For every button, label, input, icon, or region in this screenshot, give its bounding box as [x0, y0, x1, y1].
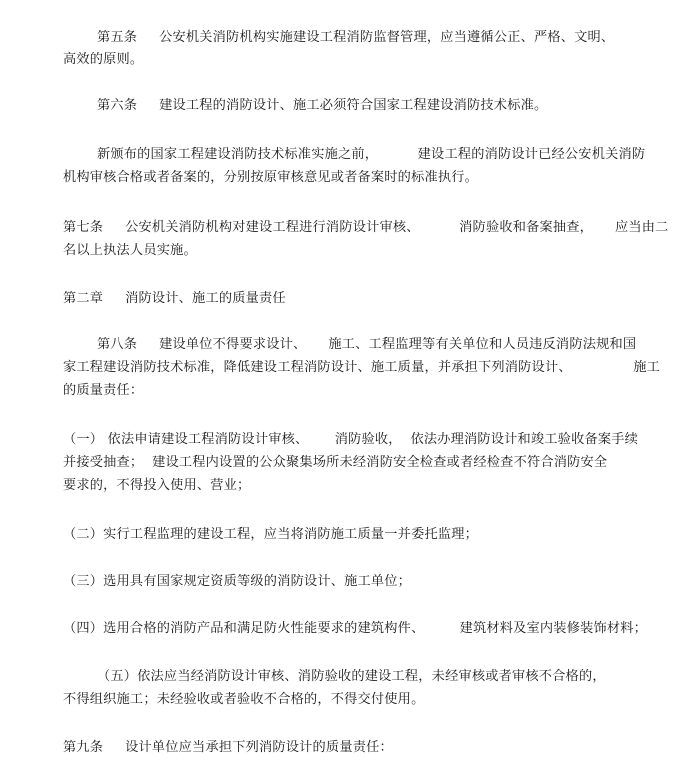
article-6-para-2-line-1: 新颁布的国家工程建设消防技术标准实施之前， 建设工程的消防设计已经公安机关消防 [97, 146, 645, 164]
item-3-line: （三）选用具有国家规定资质等级的消防设计、施工单位； [63, 573, 411, 591]
article-5-line-2: 高效的原则。 [63, 51, 143, 69]
item-4-line: （四）选用合格的消防产品和满足防火性能要求的建筑构件、 建筑材料及室内装修装饰材… [63, 620, 647, 638]
article-5-line-1: 第五条 公安机关消防机构实施建设工程消防监督管理，应当遵循公正、严格、文明、 [97, 29, 614, 47]
article-6-line-1: 第六条 建设工程的消防设计、施工必须符合国家工程建设消防技术标准。 [97, 97, 547, 115]
article-9-line-1: 第九条 设计单位应当承担下列消防设计的质量责任： [63, 739, 393, 757]
item-1-line-1: （一） 依法申请建设工程消防设计审核、 消防验收， 依法办理消防设计和竣工验收备… [63, 431, 638, 449]
item-2-line: （二）实行工程监理的建设工程，应当将消防施工质量一并委托监理； [63, 526, 478, 544]
item-1-line-3: 要求的，不得投入使用、营业； [63, 477, 250, 495]
item-5-line-1: （五）依法应当经消防设计审核、消防验收的建设工程，未经审核或者审核不合格的， [97, 668, 606, 686]
item-5-line-2: 不得组织施工；未经验收或者验收不合格的，不得交付使用。 [63, 691, 424, 709]
article-8-line-1: 第八条 建设单位不得要求设计、 施工、工程监理等有关单位和人员违反消防法规和国 [97, 336, 636, 354]
item-1-line-2: 并接受抽查； 建设工程内设置的公众聚集场所未经消防安全检查或者经检查不符合消防安… [63, 454, 607, 472]
chapter-2-heading: 第二章 消防设计、施工的质量责任 [63, 290, 286, 308]
article-7-line-1: 第七条 公安机关消防机构对建设工程进行消防设计审核、 消防验收和备案抽查， 应当… [63, 219, 669, 237]
article-8-line-3: 的质量责任： [63, 382, 143, 400]
article-8-line-2: 家工程建设消防技术标准，降低建设工程消防设计、施工质量，并承担下列消防设计、 施… [63, 359, 660, 377]
article-6-para-2-line-2: 机构审核合格或者备案的，分别按原审核意见或者备案时的标准执行。 [63, 169, 478, 187]
article-7-line-2: 名以上执法人员实施。 [63, 242, 197, 260]
